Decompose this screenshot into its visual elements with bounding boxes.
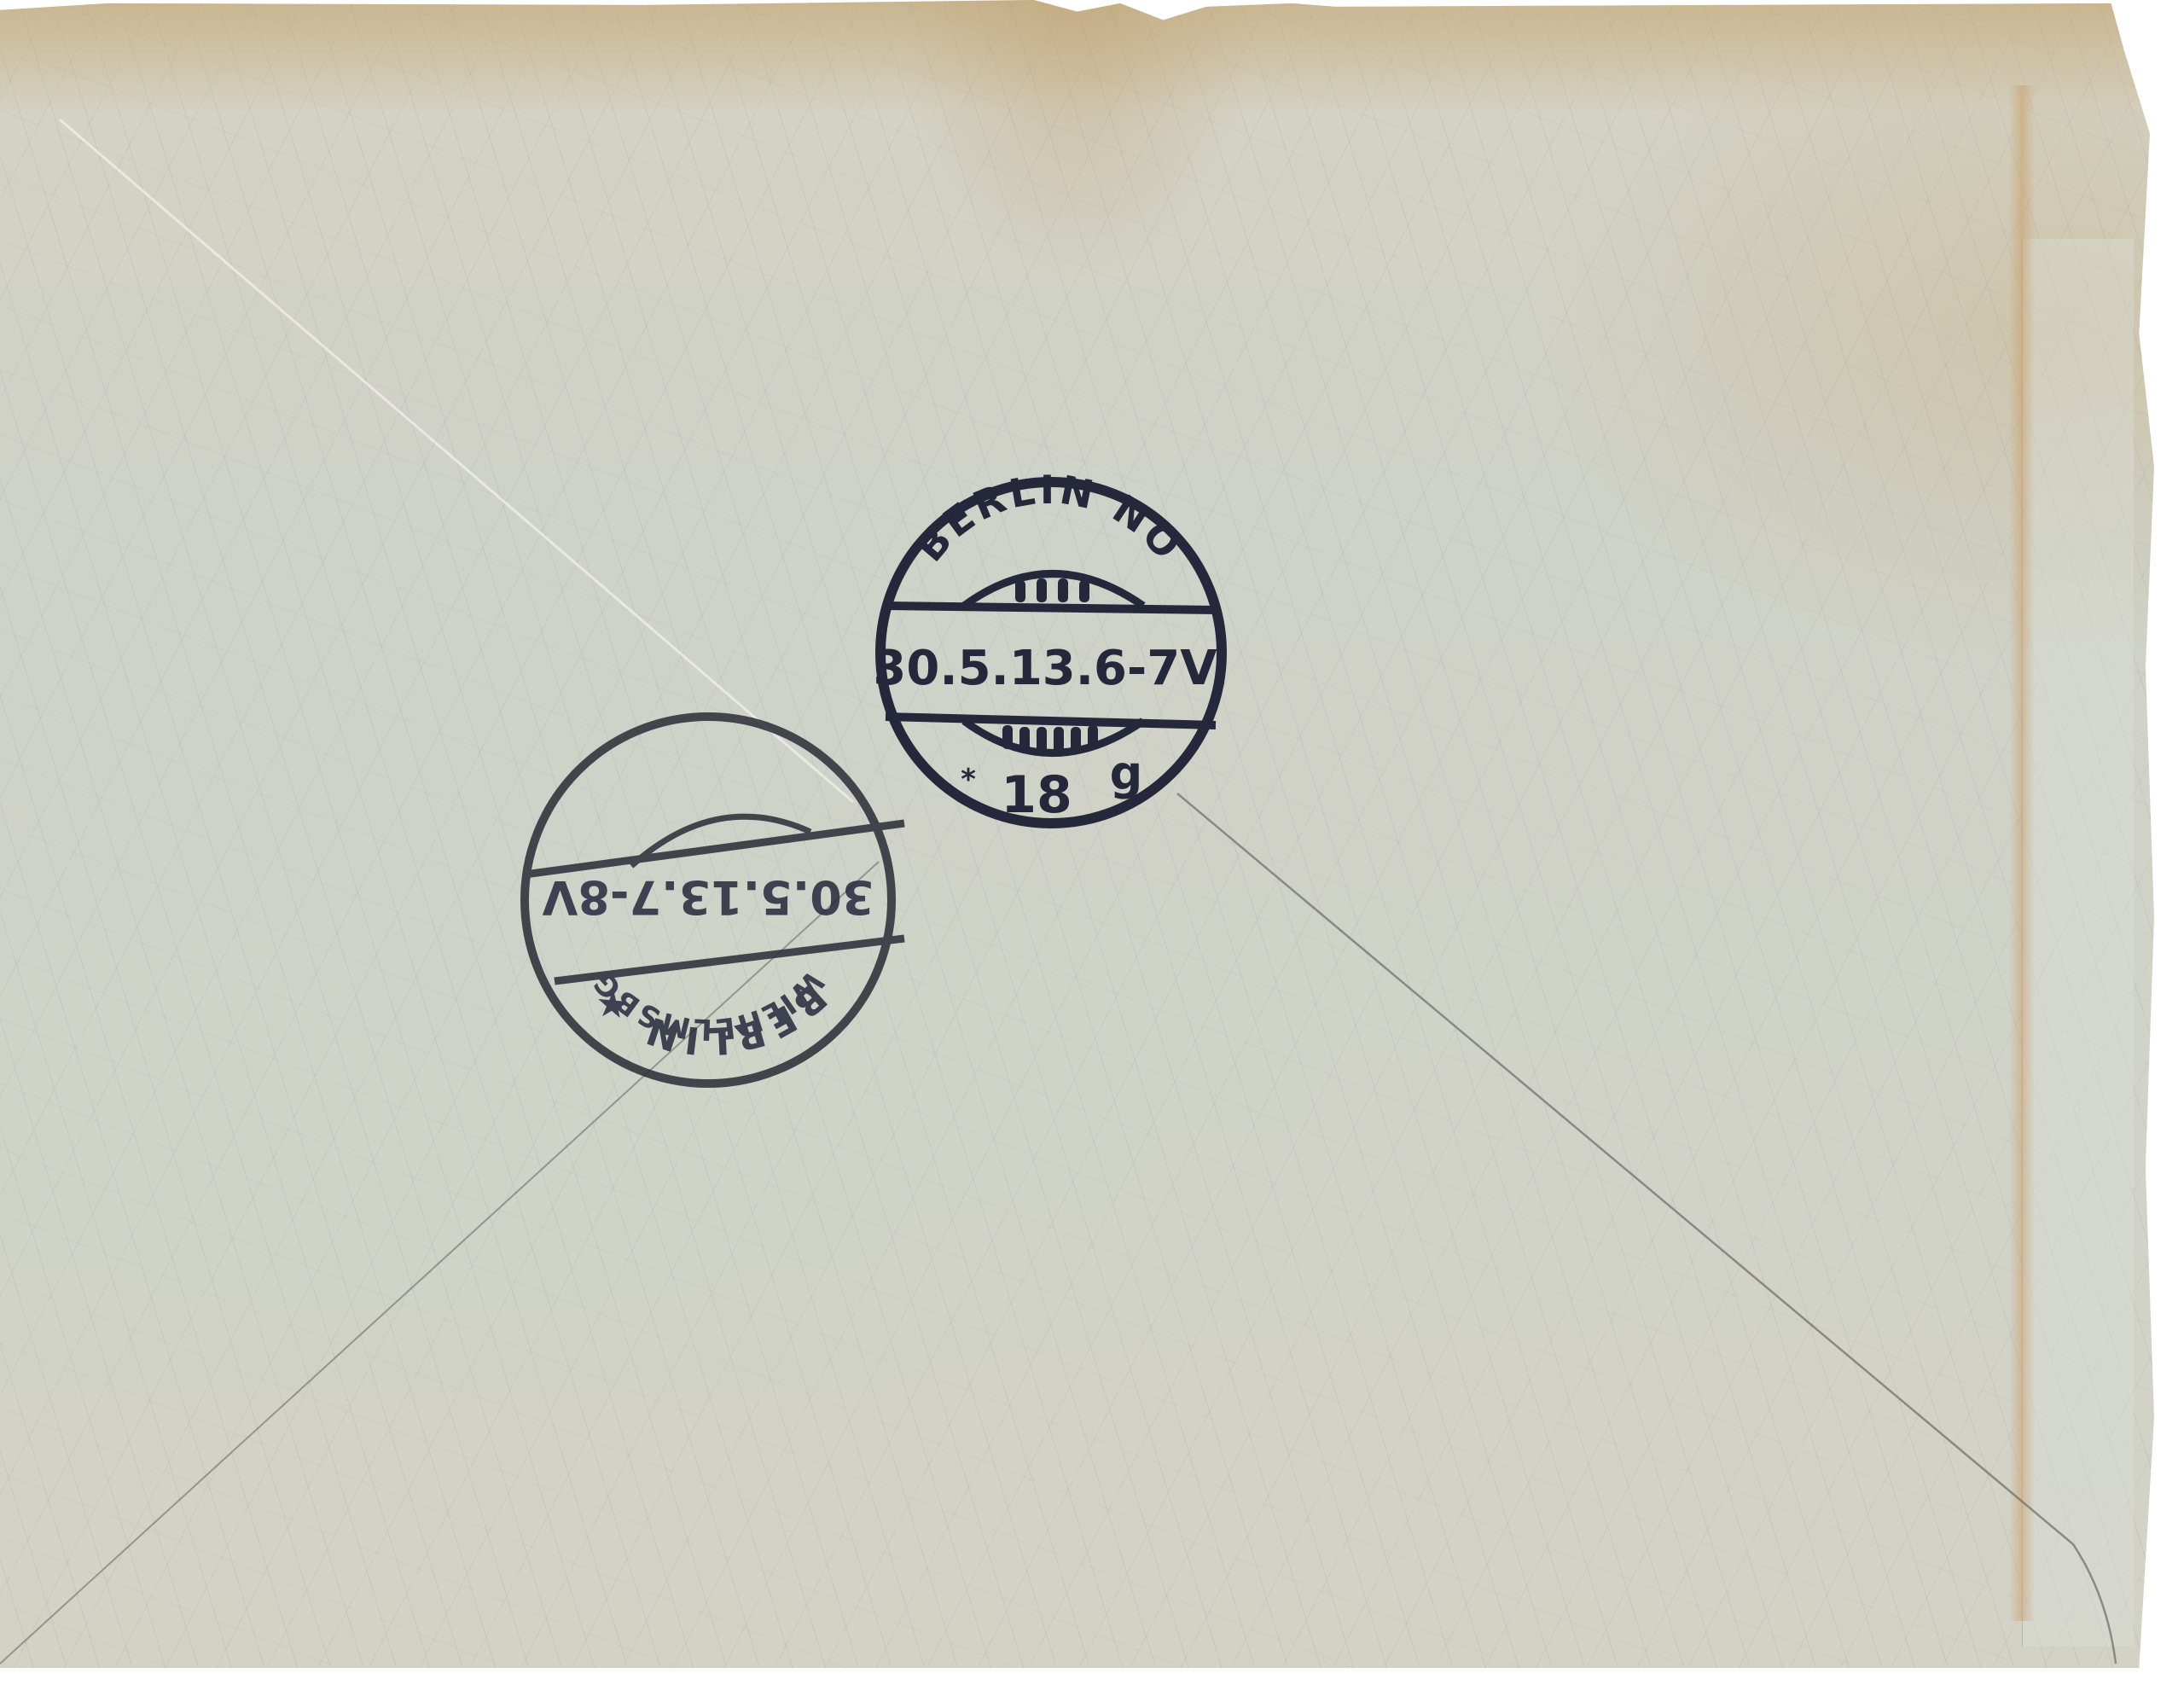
berlin-no-star: *: [961, 763, 976, 797]
wilhelmsbg-date: 30.5.13.7-8V: [542, 870, 874, 924]
berlin-no-postmark: BERLIN NO 30.5.13.6-7V. * 18 g: [862, 461, 1237, 845]
berlin-no-top-arc: BERLIN NO: [907, 467, 1193, 571]
berlin-no-letter: g: [1110, 747, 1143, 800]
berlin-no-date: 30.5.13.6-7V.: [873, 641, 1228, 696]
berlin-wilhelmsbg-postmark: BERLIN ★ 30.5.13.7-8V WILHELMSBG: [503, 695, 913, 1105]
berlin-no-number: 18: [1001, 765, 1072, 825]
envelope-back: BERLIN NO 30.5.13.6-7V. * 18 g BERLIN ★ …: [0, 0, 2154, 1668]
